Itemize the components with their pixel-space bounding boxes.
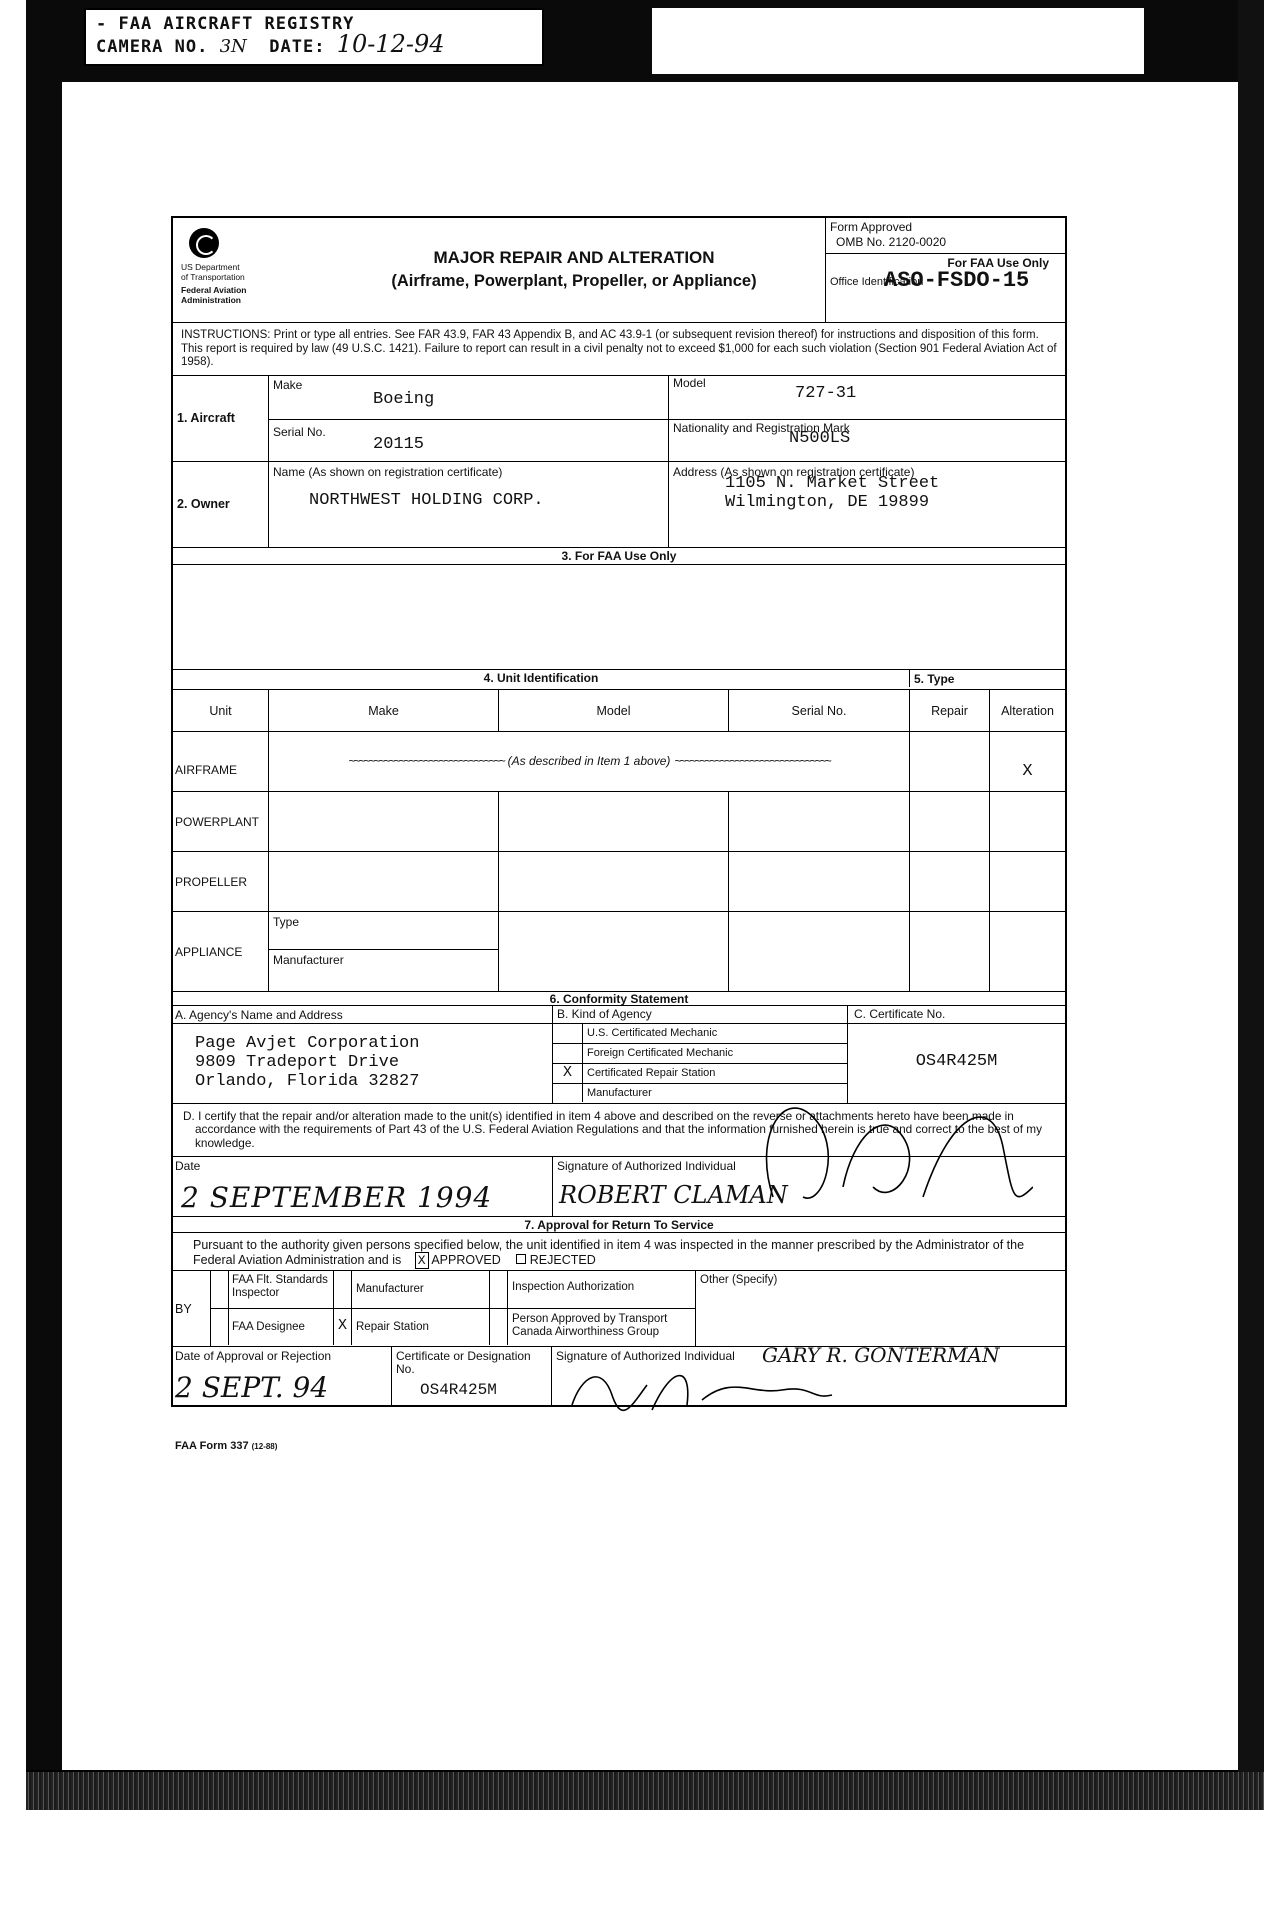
appliance-serial[interactable] bbox=[729, 912, 910, 991]
aircraft-section: 1. Aircraft Make Boeing Serial No. 20115… bbox=[173, 376, 1065, 462]
form-number: FAA Form 337 bbox=[175, 1440, 249, 1452]
conformity-date[interactable]: 2 SEPTEMBER 1994 bbox=[181, 1181, 492, 1214]
dot-seal-icon bbox=[189, 228, 219, 258]
opt-manufacturer-check[interactable] bbox=[334, 1271, 352, 1308]
omb-number: OMB No. 2120-0020 bbox=[830, 235, 1061, 250]
powerplant-serial[interactable] bbox=[729, 792, 910, 851]
approval-by-grid: BY FAA Flt. Standards Inspector Manufact… bbox=[173, 1271, 1065, 1347]
col-alteration: Alteration bbox=[990, 690, 1065, 731]
faa-form-337: US Department of Transportation Federal … bbox=[171, 216, 1067, 1407]
propeller-repair-check[interactable] bbox=[910, 852, 990, 911]
model-label: Model bbox=[673, 377, 706, 390]
rejected-label: REJECTED bbox=[530, 1253, 596, 1267]
kind-us-mechanic-check[interactable] bbox=[553, 1024, 583, 1043]
propeller-alteration-check[interactable] bbox=[990, 852, 1065, 911]
propeller-row: PROPELLER bbox=[173, 852, 1065, 912]
stamp-date-label: DATE: bbox=[269, 37, 325, 57]
approval-date[interactable]: 2 SEPT. 94 bbox=[175, 1371, 328, 1404]
scan-border-bottom bbox=[26, 1772, 1264, 1810]
appliance-row: APPLIANCE Type Manufacturer bbox=[173, 912, 1065, 992]
kind-manufacturer-label: Manufacturer bbox=[583, 1084, 656, 1102]
blank-label-box bbox=[652, 8, 1144, 74]
appliance-repair-check[interactable] bbox=[910, 912, 990, 991]
approval-date-label: Date of Approval or Rejection bbox=[173, 1347, 391, 1366]
form-header: US Department of Transportation Federal … bbox=[173, 218, 1065, 323]
faa-use-section-label: 3. For FAA Use Only bbox=[173, 548, 1065, 565]
appliance-label: APPLIANCE bbox=[173, 912, 269, 991]
unit-id-section-label: 4. Unit Identification bbox=[173, 670, 910, 687]
type-section-label: 5. Type bbox=[910, 670, 1065, 689]
camera-number: 3N bbox=[220, 36, 247, 57]
kind-us-mechanic[interactable]: U.S. Certificated Mechanic bbox=[553, 1024, 847, 1044]
agency-line3: Federal Aviation bbox=[181, 285, 323, 295]
aircraft-serial[interactable]: 20115 bbox=[373, 435, 424, 454]
approved-label: APPROVED bbox=[431, 1253, 500, 1267]
col-model: Model bbox=[499, 690, 729, 731]
camera-label: CAMERA NO. bbox=[96, 37, 208, 57]
powerplant-row: POWERPLANT bbox=[173, 792, 1065, 852]
kind-repair-station-check[interactable]: X bbox=[553, 1064, 583, 1083]
owner-name[interactable]: NORTHWEST HOLDING CORP. bbox=[269, 479, 668, 510]
opt-repair-station-label: Repair Station bbox=[352, 1309, 490, 1345]
approval-text: Pursuant to the authority given persons … bbox=[193, 1238, 1024, 1267]
conformity-signature-row: Date 2 SEPTEMBER 1994 Signature of Autho… bbox=[173, 1157, 1065, 1217]
opt-transport-canada-label: Person Approved by Transport Canada Airw… bbox=[508, 1309, 695, 1345]
serial-label: Serial No. bbox=[273, 426, 326, 439]
appliance-manufacturer-label: Manufacturer bbox=[269, 950, 498, 971]
opt-transport-canada-check[interactable] bbox=[490, 1309, 508, 1345]
opt-inspection-auth-check[interactable] bbox=[490, 1271, 508, 1308]
registration-mark[interactable]: N500LS bbox=[789, 429, 850, 448]
kind-foreign-mechanic-check[interactable] bbox=[553, 1044, 583, 1063]
owner-name-label: Name (As shown on registration certifica… bbox=[269, 462, 668, 479]
form-footer: FAA Form 337 (12-88) bbox=[175, 1440, 277, 1452]
kind-us-mechanic-label: U.S. Certificated Mechanic bbox=[583, 1024, 721, 1043]
col-serial: Serial No. bbox=[729, 690, 910, 731]
propeller-serial[interactable] bbox=[729, 852, 910, 911]
approval-statement: Pursuant to the authority given persons … bbox=[173, 1233, 1065, 1271]
registry-stamp: - FAA AIRCRAFT REGISTRY CAMERA NO. 3N DA… bbox=[84, 8, 544, 66]
make-label: Make bbox=[273, 379, 302, 392]
opt-repair-station-check[interactable]: X bbox=[334, 1309, 352, 1345]
col-make: Make bbox=[269, 690, 499, 731]
agency-address-line2[interactable]: Orlando, Florida 32827 bbox=[195, 1072, 552, 1091]
agency-name-label: A. Agency's Name and Address bbox=[173, 1006, 553, 1023]
agency-line4: Administration bbox=[181, 295, 323, 305]
form-approved: Form Approved bbox=[830, 220, 1061, 235]
kind-foreign-mechanic[interactable]: Foreign Certificated Mechanic bbox=[553, 1044, 847, 1064]
dot-logo-block: US Department of Transportation Federal … bbox=[173, 218, 323, 322]
opt-faa-designee-check[interactable] bbox=[211, 1309, 229, 1345]
owner-address-line1[interactable]: 1105 N. Market Street bbox=[669, 474, 1065, 493]
kind-manufacturer-check[interactable] bbox=[553, 1084, 583, 1102]
powerplant-label: POWERPLANT bbox=[173, 792, 269, 851]
form-revision: (12-88) bbox=[252, 1442, 278, 1451]
registry-title: FAA AIRCRAFT REGISTRY bbox=[118, 14, 354, 34]
appliance-type-label: Type bbox=[269, 912, 498, 950]
office-id-value[interactable]: ASO-FSDO-15 bbox=[884, 268, 1029, 293]
owner-section-label: 2. Owner bbox=[177, 497, 230, 511]
kind-of-agency-label: B. Kind of Agency bbox=[553, 1006, 848, 1023]
approval-signature-row: Date of Approval or Rejection 2 SEPT. 94… bbox=[173, 1347, 1065, 1405]
airframe-repair-check[interactable] bbox=[910, 732, 990, 791]
form-subtitle: (Airframe, Powerplant, Propeller, or App… bbox=[323, 272, 825, 291]
powerplant-repair-check[interactable] bbox=[910, 792, 990, 851]
stamp-date: 10-12-94 bbox=[337, 30, 445, 58]
airframe-alteration-check[interactable]: X bbox=[990, 732, 1065, 791]
designation-no[interactable]: OS4R425M bbox=[420, 1381, 497, 1399]
designation-no-label: Certificate or Designation No. bbox=[392, 1347, 551, 1379]
aircraft-model[interactable]: 727-31 bbox=[795, 384, 856, 403]
by-label: BY bbox=[173, 1271, 211, 1346]
powerplant-model[interactable] bbox=[499, 792, 729, 851]
powerplant-make[interactable] bbox=[269, 792, 499, 851]
opt-faa-designee-label: FAA Designee bbox=[229, 1309, 334, 1345]
airframe-description: (As described in Item 1 above) bbox=[504, 754, 675, 768]
rejected-checkbox[interactable] bbox=[516, 1254, 526, 1264]
faa-use-area[interactable] bbox=[173, 565, 1065, 669]
conformity-date-label: Date bbox=[173, 1157, 552, 1176]
owner-section: 2. Owner Name (As shown on registration … bbox=[173, 462, 1065, 548]
opt-inspection-auth-label: Inspection Authorization bbox=[508, 1271, 695, 1308]
propeller-label: PROPELLER bbox=[173, 852, 269, 911]
agency-line2: of Transportation bbox=[181, 272, 323, 282]
certificate-no-label: C. Certificate No. bbox=[848, 1006, 1065, 1023]
conformity-section-label: 6. Conformity Statement bbox=[173, 992, 1065, 1006]
other-specify-label: Other (Specify) bbox=[700, 1274, 1061, 1287]
faa-use-section: 3. For FAA Use Only bbox=[173, 548, 1065, 670]
agency-address-line1[interactable]: 9809 Tradeport Drive bbox=[195, 1053, 552, 1072]
opt-faa-inspector-check[interactable] bbox=[211, 1271, 229, 1308]
signature-scrawl-icon bbox=[733, 1077, 1033, 1217]
kind-repair-station-label: Certificated Repair Station bbox=[583, 1064, 719, 1083]
opt-faa-inspector-label: FAA Flt. Standards Inspector bbox=[229, 1271, 334, 1308]
col-unit: Unit bbox=[173, 690, 269, 731]
airframe-row: AIRFRAME ~~~~~~~~~~~~~~~~~~~~~~~~~~~~~~~… bbox=[173, 732, 1065, 792]
approved-checkbox[interactable]: X bbox=[415, 1252, 429, 1269]
aircraft-section-label: 1. Aircraft bbox=[177, 411, 235, 425]
scan-border-right bbox=[1238, 0, 1264, 1810]
unit-id-header: 4. Unit Identification 5. Type bbox=[173, 670, 1065, 690]
propeller-make[interactable] bbox=[269, 852, 499, 911]
aircraft-make[interactable]: Boeing bbox=[373, 390, 434, 409]
appliance-model[interactable] bbox=[499, 912, 729, 991]
approval-signature-scrawl-icon bbox=[552, 1355, 972, 1415]
scan-border-left bbox=[26, 40, 62, 1810]
airframe-label: AIRFRAME bbox=[173, 732, 269, 791]
agency-name[interactable]: Page Avjet Corporation bbox=[195, 1034, 552, 1053]
instructions: INSTRUCTIONS: Print or type all entries.… bbox=[173, 323, 1065, 376]
powerplant-alteration-check[interactable] bbox=[990, 792, 1065, 851]
propeller-model[interactable] bbox=[499, 852, 729, 911]
appliance-alteration-check[interactable] bbox=[990, 912, 1065, 991]
opt-manufacturer-label: Manufacturer bbox=[352, 1271, 490, 1308]
conformity-headers: A. Agency's Name and Address B. Kind of … bbox=[173, 1006, 1065, 1024]
unit-column-headers: Unit Make Model Serial No. Repair Altera… bbox=[173, 690, 1065, 732]
approval-section-label: 7. Approval for Return To Service bbox=[173, 1217, 1065, 1233]
kind-foreign-mechanic-label: Foreign Certificated Mechanic bbox=[583, 1044, 737, 1063]
col-repair: Repair bbox=[910, 690, 990, 731]
form-title: MAJOR REPAIR AND ALTERATION bbox=[323, 248, 825, 268]
owner-address-line2[interactable]: Wilmington, DE 19899 bbox=[669, 493, 1065, 512]
agency-line1: US Department bbox=[181, 262, 323, 272]
